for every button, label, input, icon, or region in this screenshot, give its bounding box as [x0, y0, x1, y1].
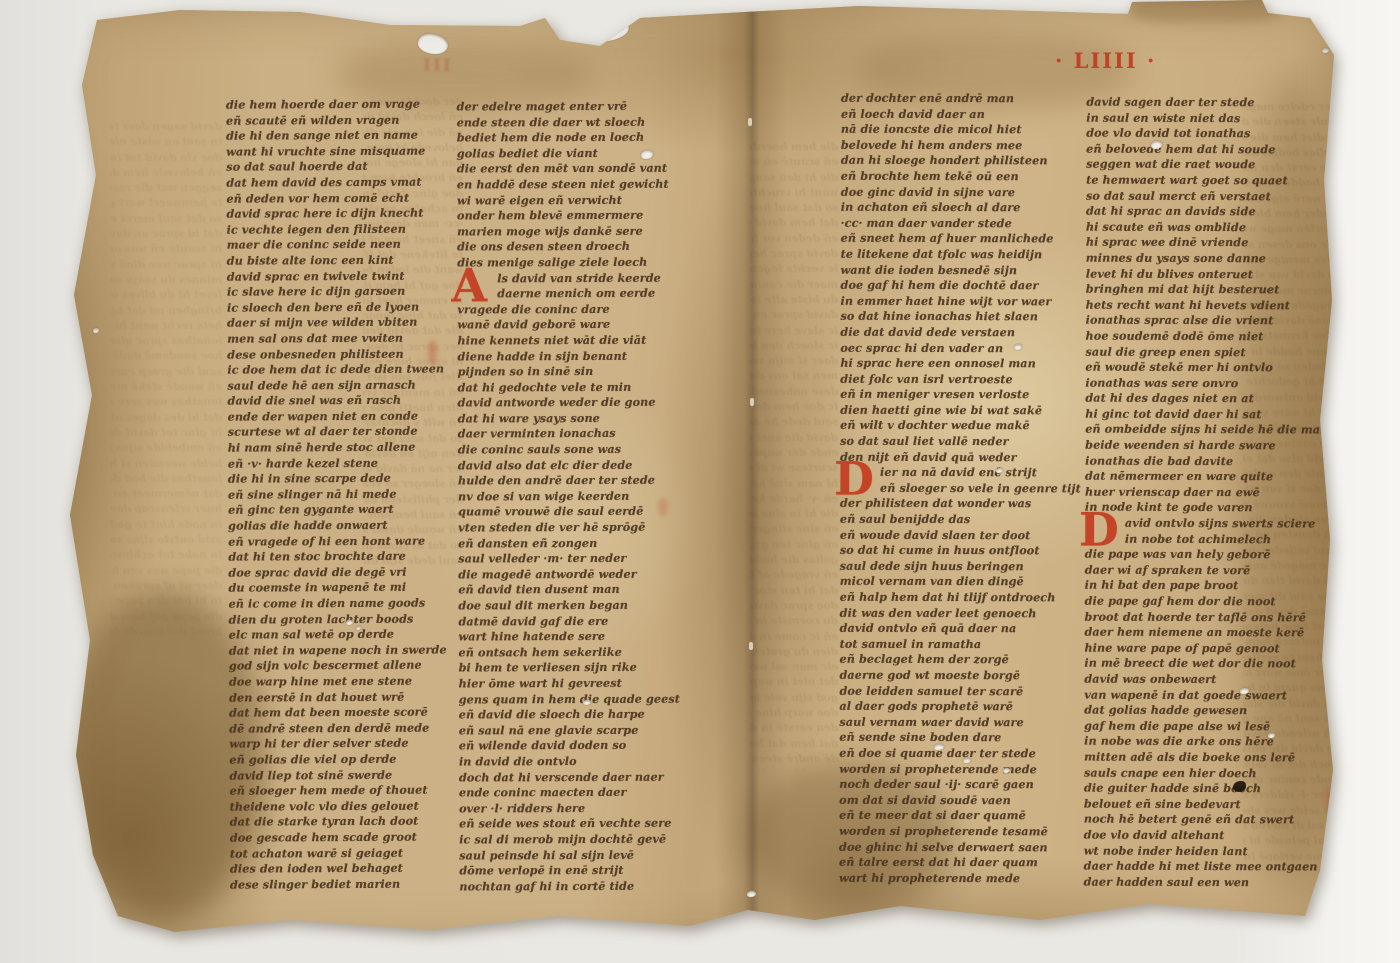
- text-line: eñ in meniger vresen verloste: [840, 387, 1070, 403]
- text-line: eñ ombeidde sijns hi seide hē die mare: [1085, 422, 1335, 438]
- red-bleedthrough-mark: [658, 498, 668, 516]
- text-line: seggen wat die raet woude: [1086, 157, 1336, 173]
- text-line: ·cc· man daer vander stede: [841, 215, 1071, 231]
- text-line: eñ beclaget hem der zorgē: [840, 652, 1070, 668]
- parchment-hole: [747, 891, 756, 897]
- text-line: die eerst den mēt van sondē vant: [457, 161, 702, 177]
- text-line: der edelre maget enter vrē: [457, 99, 702, 115]
- text-line: ende steen die daer wt sloech: [457, 114, 702, 130]
- text-line: eñ deden vor hem comē echt: [226, 190, 456, 207]
- rubric-initial: D: [1079, 508, 1123, 552]
- text-line: daer hadde hi met liste mee ontgaen: [1084, 859, 1334, 875]
- text-line: dōme verlopē in enē strijt: [459, 863, 704, 879]
- text-line: die hi in sine scarpe dede: [228, 471, 458, 488]
- text-line: eñ saul benijdde das: [840, 512, 1070, 528]
- text-column-3: der dochter enē andrē maneñ loech david …: [839, 91, 1071, 887]
- text-line: eñ wilende david doden so: [459, 738, 704, 754]
- text-line: eñ ·v· harde kezel stene: [228, 455, 458, 472]
- text-line: dat die starke tyran lach doot: [230, 814, 460, 831]
- text-line: david ontvlo eñ quā daer na: [840, 621, 1070, 637]
- text-line: eñ sende sine boden dare: [839, 730, 1069, 746]
- text-line: daer verminten ionachas: [458, 426, 703, 442]
- text-line: du biste alte ionc een kint: [227, 252, 457, 269]
- text-line: in david die ontvlo: [459, 754, 704, 770]
- text-line: die coninc sauls sone was: [458, 442, 703, 458]
- text-line: eñ dansten eñ zongen: [458, 535, 703, 551]
- parchment-surface: der dochter enē andrē maneñ loech david …: [55, 0, 1345, 952]
- parchment-tear: [416, 30, 451, 58]
- text-line: daer wi af spraken te vorē: [1085, 562, 1335, 578]
- text-line: daer hadden saul een wen: [1084, 874, 1334, 890]
- text-line: te litekene dat tfolc was heidijn: [841, 247, 1071, 263]
- text-line: dat hem dat been moeste scorē: [229, 705, 459, 722]
- text-line: ionathas die bad davite: [1085, 453, 1335, 469]
- text-line: wt nobe inder heiden lant: [1084, 843, 1334, 859]
- text-line: worden si propheterende tesamē: [839, 824, 1069, 840]
- text-line: beide weenden si harde sware: [1085, 438, 1335, 454]
- text-line: bediet hem die node en loech: [457, 130, 702, 146]
- text-line: dan hi sloege hondert philisteen: [841, 153, 1071, 169]
- text-line: bi hem te verliesen sijn rike: [459, 660, 704, 676]
- text-line: ionathas sprac alse die vrient: [1086, 313, 1336, 329]
- text-column-1: die hem hoerde daer om vrageeñ scautē eñ…: [226, 96, 460, 892]
- text-line: dat hi ware ysays sone: [458, 410, 703, 426]
- text-line: saul dede hē aen sijn arnasch: [227, 377, 457, 394]
- text-line: vten steden die ver hē sprōgē: [458, 520, 703, 536]
- text-line: saul peinsde hi sal sijn levē: [459, 847, 704, 863]
- text-line: eñ halp hem dat hi tlijf ontdroech: [840, 590, 1070, 606]
- text-line: want hi vruchte sine misquame: [226, 143, 456, 160]
- text-line: van wapenē in dat goede swaert: [1084, 687, 1334, 703]
- text-line: ic doe hem dat ic dede dien tween: [227, 361, 457, 378]
- text-line: en haddē dese steen niet gewicht: [457, 177, 702, 193]
- text-line: so dat saul merct eñ verstaet: [1086, 188, 1336, 204]
- red-bleedthrough-mark: [428, 340, 437, 366]
- text-line: in mē breect die wet dor die noot: [1084, 656, 1334, 672]
- parchment-hole: [93, 328, 99, 333]
- text-line: daer si mijn vee wilden vbiten: [227, 315, 457, 332]
- manuscript-photo: { "colors":{"backdrop":"#e9e7e2","parchm…: [0, 0, 1400, 963]
- text-line: eñ saul nā ene glavie scarpe: [459, 722, 704, 738]
- text-line: dese onbesneden philisteen: [227, 346, 457, 363]
- text-line: in achaton eñ sloech al dare: [841, 200, 1071, 216]
- text-line: eñ te meer dat si daer quamē: [839, 808, 1069, 824]
- text-line: saul velleder ·m· ter neder: [458, 551, 703, 567]
- text-line: hi nam sinē herde stoc allene: [228, 439, 458, 456]
- text-line: dien du groten lachter boods: [229, 611, 459, 628]
- text-line: wart hi propheterende mede: [839, 870, 1069, 886]
- text-line: tot achaton warē si geiaget: [230, 845, 460, 862]
- text-line: hi sprac here een onnosel man: [840, 356, 1070, 372]
- text-line: doe ghinc hi selve derwaert saen: [839, 839, 1069, 855]
- text-line: die pape gaf hem dor die noot: [1085, 594, 1335, 610]
- text-line: eñ david die sloech die harpe: [459, 707, 704, 723]
- binding-stitch: [750, 398, 754, 406]
- text-line: wanē david geborē ware: [457, 317, 702, 333]
- text-line: so dat saul hoerde dat: [226, 159, 456, 176]
- text-line: doe vlo david tot ionathas: [1086, 126, 1336, 142]
- text-line: maer die coninc seide neen: [227, 237, 457, 254]
- text-line: du coemste in wapenē te mi: [228, 580, 458, 597]
- text-line: ic sloech den bere eñ de lyoen: [227, 299, 457, 316]
- text-line: die guiter hadde sinē boech: [1084, 781, 1334, 797]
- text-line: mitten adē als die boeke ons lerē: [1084, 749, 1334, 765]
- text-line: golias die hadde onwaert: [228, 517, 458, 534]
- text-line: hine kennets niet wāt die viāt: [457, 332, 702, 348]
- text-line: eñ scautē eñ wilden vragen: [226, 112, 456, 129]
- text-line: oec sprac hi den vader an: [840, 340, 1070, 356]
- text-line: david sprac en twivele twint: [227, 268, 457, 285]
- text-line: doe vlo david altehant: [1084, 827, 1334, 843]
- text-line: hulde den andrē daer ter stede: [458, 473, 703, 489]
- text-line: eñ belovede hem dat hi soude: [1086, 141, 1336, 157]
- text-line: dat hi ten stoc brochte dare: [228, 549, 458, 566]
- text-line: gaf hem die pape alse wi lesē: [1084, 718, 1334, 734]
- text-line: god sijn volc bescermet allene: [229, 658, 459, 675]
- text-line: david die snel was eñ rasch: [227, 393, 457, 410]
- text-line: belovede hi hem anders mee: [841, 137, 1071, 153]
- text-line: te hemwaert wart goet so quaet: [1086, 173, 1336, 189]
- text-line: eñ ic come in dien name goods: [229, 595, 459, 612]
- text-line: eñ loech david daer an: [841, 106, 1071, 122]
- text-line: noch deder saul ·ij· scarē gaen: [839, 777, 1069, 793]
- text-line: men sal ons dat mee vwiten: [227, 330, 457, 347]
- text-line: saul vernam waer david ware: [839, 714, 1069, 730]
- text-line: wart hine hatende sere: [458, 629, 703, 645]
- text-line: hi ginc tot david daer hi sat: [1085, 406, 1335, 422]
- text-line: onder hem blevē emmermere: [457, 208, 702, 224]
- rubric-initial: D: [834, 457, 878, 501]
- text-line: eñ sloeger hem mede of thouet: [230, 783, 460, 800]
- text-line: so dat hine ionachas hiet slaen: [840, 309, 1070, 325]
- text-line: pijnden so in sinē sin: [458, 364, 703, 380]
- text-line: dat golias hadde gewesen: [1084, 703, 1334, 719]
- text-line: die hi den sange niet en name: [226, 128, 456, 145]
- text-line: in hi bat den pape broot: [1085, 578, 1335, 594]
- text-line: dat hi gedochte vele te min: [458, 379, 703, 395]
- text-line: hets recht want hi hevets vdient: [1086, 297, 1336, 313]
- text-line: david liep tot sinē swerde: [229, 767, 459, 784]
- text-line: elc man sal wetē op derde: [229, 627, 459, 644]
- text-line: doe gescade hem scade groot: [230, 829, 460, 846]
- text-line: warp hi ter dier selver stede: [229, 736, 459, 753]
- text-line: nochtan gaf hi in cortē tide: [459, 878, 704, 894]
- text-line: doe ginc david in sijne vare: [841, 184, 1071, 200]
- text-line: hoe soudemē dodē ōme niet: [1086, 328, 1336, 344]
- text-line: saul dede sijn huus beringen: [840, 559, 1070, 575]
- text-line: dat hem david des camps vmat: [226, 174, 456, 191]
- text-line: die dat david dede verstaen: [840, 325, 1070, 341]
- text-line: belouet eñ sine bedevart: [1084, 796, 1334, 812]
- text-line: daerne god wt moeste borgē: [839, 668, 1069, 684]
- text-line: doe sprac david die degē vri: [228, 564, 458, 581]
- binding-stitch: [748, 118, 752, 126]
- text-line: nā die ioncste die micol hiet: [841, 122, 1071, 138]
- text-line: worden si propheterende mede: [839, 761, 1069, 777]
- text-line: dat hi des dages niet en at: [1085, 391, 1335, 407]
- text-line: dese slinger bediet marien: [230, 876, 460, 893]
- text-line: hine ware pape of papē genoot: [1084, 640, 1334, 656]
- text-line: ionathas was sere onvro: [1085, 375, 1335, 391]
- text-line: dit was den vader leet genoech: [840, 605, 1070, 621]
- parchment-bifolium: der dochter enē andrē maneñ loech david …: [55, 0, 1345, 952]
- text-line: sauls cnape een hier doech: [1084, 765, 1334, 781]
- text-line: die hem hoerde daer om vrage: [226, 96, 456, 113]
- text-line: eñ doe si quamē daer ter stede: [839, 746, 1069, 762]
- folio-numeral: · LIIII ·: [1055, 48, 1156, 73]
- center-fold: [715, 0, 787, 952]
- text-line: broot dat hoerde ter taflē ons hērē: [1085, 609, 1335, 625]
- text-line: gens quam in hem die quade geest: [459, 691, 704, 707]
- text-column-4: david sagen daer ter stedein saul en wis…: [1084, 95, 1337, 891]
- text-line: eñ ontsach hem sekerlike: [459, 644, 704, 660]
- text-line: eñ golias die viel op derde: [229, 751, 459, 768]
- text-line: ende der wapen niet en conde: [228, 408, 458, 425]
- text-line: eñ david tien dusent man: [458, 582, 703, 598]
- text-line: eñ wilt v dochter wedue makē: [840, 418, 1070, 434]
- text-line: dies den ioden wel behaget: [230, 860, 460, 877]
- text-line: hi scaute eñ was omblide: [1086, 219, 1336, 235]
- text-line: david sprac here ic dijn knecht: [226, 206, 456, 223]
- red-bleedthrough-mark: [1325, 786, 1337, 810]
- ink-bleedthrough: die hem hoerde daer om vrageeñ scautē eñ…: [750, 140, 838, 770]
- text-line: david was onbewaert: [1084, 672, 1334, 688]
- text-line: die ons desen steen droech: [457, 239, 702, 255]
- text-line: eñ ginc ten gygante waert: [228, 502, 458, 519]
- text-line: den eerstē in dat houet wrē: [229, 689, 459, 706]
- text-line: eñ brochte hem tekē oū een: [841, 169, 1071, 185]
- text-line: doe warp hine met ene stene: [229, 673, 459, 690]
- ink-bleedthrough: david sagen daer ter stedein saul en wis…: [110, 120, 222, 640]
- text-line: in emmer haet hine wijt vor waer: [840, 293, 1070, 309]
- text-line: om dat si david soudē vaen: [839, 792, 1069, 808]
- text-line: eñ talre eerst dat hi daer quam: [839, 855, 1069, 871]
- text-line: tot samuel in ramatha: [840, 636, 1070, 652]
- text-line: doe leidden samuel ter scarē: [839, 683, 1069, 699]
- rubric-initial: A: [451, 263, 495, 307]
- text-line: levet hi du blives onteruet: [1086, 266, 1336, 282]
- text-line: minnes du ysays sone danne: [1086, 251, 1336, 267]
- text-line: eñ vragede of hi een hont ware: [228, 533, 458, 550]
- text-line: der dochter enē andrē man: [841, 91, 1071, 107]
- text-line: eñ woudē stekē mer hi ontvlo: [1085, 360, 1335, 376]
- text-line: dien haetti gine wie bi wat sakē: [840, 403, 1070, 419]
- text-line: eñ seide wes stout eñ vechte sere: [459, 816, 704, 832]
- text-line: datmē david gaf die ere: [458, 613, 703, 629]
- stain-top-tab: [1130, 0, 1280, 22]
- text-line: ic sal di merob mijn dochtē gevē: [459, 831, 704, 847]
- parchment-tear: [563, 12, 629, 42]
- text-line: so dat saul liet vallē neder: [840, 434, 1070, 450]
- text-line: theidene volc vlo dies gelouet: [230, 798, 460, 815]
- text-line: david also dat elc dier dede: [458, 457, 703, 473]
- text-line: eñ sine slinger nā hi mede: [228, 486, 458, 503]
- text-line: david sagen daer ter stede: [1086, 95, 1336, 111]
- text-line: daer hem niemene an moeste kerē: [1084, 625, 1334, 641]
- text-line: over ·l· ridders here: [459, 800, 704, 816]
- text-line: diene hadde in sijn benant: [457, 348, 702, 364]
- text-line: eñ woude david slaen ter doot: [840, 527, 1070, 543]
- text-line: golias bediet die viant: [457, 145, 702, 161]
- text-line: david antworde weder die gone: [458, 395, 703, 411]
- text-line: al daer gods prophetē warē: [839, 699, 1069, 715]
- text-line: in nobe was die arke ons hērē: [1084, 734, 1334, 750]
- text-line: so dat hi cume in huus ontfloot: [840, 543, 1070, 559]
- text-line: eñ sneet hem af huer manlichede: [841, 231, 1071, 247]
- text-line: scurtese wt al daer ter stonde: [228, 424, 458, 441]
- text-line: ic vechte iegen den filisteen: [227, 221, 457, 238]
- folio-numeral-faint: III: [423, 56, 453, 76]
- text-line: dat nēmermeer en ware quite: [1085, 469, 1335, 485]
- text-line: doe gaf hi hem die dochtē daer: [841, 278, 1071, 294]
- text-line: bringhen mi dat hijt besteruet: [1086, 282, 1336, 298]
- text-column-2: der edelre maget enter vrēende steen die…: [457, 99, 705, 895]
- text-line: hi sprac wee dinē vriende: [1086, 235, 1336, 251]
- binding-stitch: [749, 642, 753, 650]
- text-line: diet folc van isrl vertroeste: [840, 371, 1070, 387]
- text-line: huer vrienscap daer na ewē: [1085, 484, 1335, 500]
- text-line: noch hē betert genē eñ dat swert: [1084, 812, 1334, 828]
- text-line: hier ōme wart hi gevreest: [459, 676, 704, 692]
- text-line: die magedē antwordē weder: [458, 566, 703, 582]
- text-line: marien moge wijs dankē sere: [457, 223, 702, 239]
- text-line: wi warē eigen eñ verwicht: [457, 192, 702, 208]
- text-line: doch dat hi verscende daer naer: [459, 769, 704, 785]
- text-line: saul die greep enen spiet: [1085, 344, 1335, 360]
- text-line: dat hi sprac an davids side: [1086, 204, 1336, 220]
- text-line: in saul en wiste niet das: [1086, 110, 1336, 126]
- text-line: dē andrē steen den derdē mede: [229, 720, 459, 737]
- parchment-hole: [1322, 48, 1329, 53]
- text-line: want die ioden besnedē sijn: [841, 262, 1071, 278]
- text-line: ende coninc maecten daer: [459, 785, 704, 801]
- text-line: ic slave here ic dijn garsoen: [227, 284, 457, 301]
- text-line: micol vernam van dien dingē: [840, 574, 1070, 590]
- text-line: dat niet in wapene noch in swerde: [229, 642, 459, 659]
- text-line: doe saul dit merken began: [458, 598, 703, 614]
